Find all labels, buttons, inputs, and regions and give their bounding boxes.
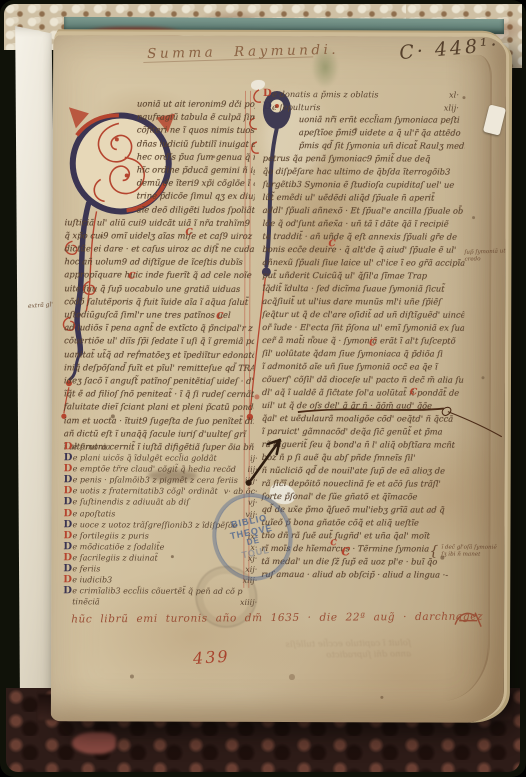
- decorated-initial: D: [64, 497, 73, 508]
- manuscript-line: hec ordĩs p̃ua ſum genua q̃ ñ: [137, 150, 256, 164]
- manuscript-line: dñas iudiciũ ſubtilĩ inuigat dl̃i: [137, 137, 256, 151]
- contents-entry: De ſepulturisxlij·: [263, 100, 463, 113]
- manuscript-line: aĩe deõ diligẽti ludos ſpoliãti ĩ: [136, 203, 255, 217]
- brace-glyph: {: [429, 545, 438, 559]
- manuscript-line: cõuerſ' cõſil' dã dioceſe ul' pacto ñ de…: [262, 373, 464, 387]
- contents-entry: De ſimonia: [64, 441, 262, 453]
- manuscript-line: put̃ uñderit Cuicũq̃ ul' q̃ſil'a ſĩmae T…: [262, 269, 464, 283]
- contents-entry: De donatis a p̃mis z oblatisxl·: [263, 88, 463, 101]
- decorated-initial: D: [263, 100, 272, 113]
- manuscript-line: uoniã nr̃i erñt eccl̃iam ſymoniaca peſti: [299, 113, 465, 127]
- decorated-initial: D: [64, 508, 73, 519]
- modern-page-number: 439: [192, 647, 230, 668]
- decorated-initial: D: [263, 88, 272, 101]
- strikethrough-correction: [296, 402, 506, 447]
- decorated-initial: D: [64, 441, 73, 452]
- rubric-mark: C: [216, 312, 223, 322]
- manuscript-line: dictũe ei dare · et caſus uiroz ac diſt̃…: [64, 242, 255, 256]
- decorated-initial: D: [63, 552, 72, 563]
- chapter-numeral: xlij·: [444, 101, 463, 114]
- decorated-initial: D: [63, 585, 72, 596]
- manuscript-line: appropĩquare huic inde fuerĩt q̃ ad cele…: [64, 269, 255, 283]
- decorated-initial: D: [64, 486, 73, 497]
- photo-frame: Summa Raymundi. C· 448¹·: [0, 0, 526, 777]
- manuscript-line: faluitate dieĩ ſciant plani et pleni p̃c…: [64, 401, 255, 415]
- decorated-initial: D: [64, 452, 73, 463]
- manuscript-line: hĩc ordine p̃ducã gemini ñ ig̃r: [136, 163, 255, 177]
- manuscript-line: uanitat̃ ut̃q̃ ad reḟmatõeʒ et ĩpediĩtur…: [64, 348, 255, 362]
- manuscript-line: ideʒ ſacõ ĩ anguſt̃ patĩnoſ penitẽtiaſ u…: [64, 374, 255, 388]
- rubric-mark: C: [185, 228, 192, 238]
- manuscript-line: ſorte p̃ſonal' de ſũe gñatõ et q̃ĩmacõe: [261, 490, 463, 504]
- marginal-note-right: ſup̃ ſymoniã ut credo: [464, 248, 526, 264]
- manuscript-line: rã ſic̃ĩ depõitõ noueclinã fe et ac̃ō ſu…: [261, 477, 463, 491]
- manuscript-line: lũt̃ emẽdi ul' uẽdẽdi aliq̃d ſp̃uale ñ a…: [262, 191, 464, 205]
- manuscript-line: lõe q̃ od'ſunt añex̃a · uñ tã ĩ dãte q̃ã…: [262, 217, 464, 231]
- decorated-initial: D: [63, 530, 72, 541]
- manuscript-line: or̃ ĩude · El'ecta ſñt p̃ſona ul' emĩ ſy…: [262, 321, 464, 335]
- manuscript-line: iam et uocta · ĩtuit9 ſugeſta de ſuo pen…: [64, 414, 255, 428]
- rubric-mark: C: [369, 338, 376, 348]
- chapter-numeral: [257, 586, 261, 597]
- manuscript-line: naufragiũ tabula ẽ culpã ſimplr: [137, 111, 256, 125]
- manuscript-line: añ dictũ eſt ĩ unaq̃q̃ ſacule iuriſ d'uu…: [64, 427, 255, 441]
- manuscript-line: qd̃ de ux̃e p̃mo q̃ſueõ mul'iebʒ grĩã au…: [261, 503, 463, 517]
- manuscript-line: uite ſuu q̃ ſup̃ uocabulo une gratiã uid…: [64, 282, 255, 296]
- ink-specks: [53, 35, 55, 37]
- manuscript-line: q̃o diſpẽſare hac ultimo de q̃bſda ĩterr…: [262, 165, 464, 179]
- rubric-mark: C: [128, 271, 135, 281]
- marginal-note-bottom-right: { ĩ dec̃ gl'oſã ſymoniẽ ſʒ ibi ñ manet: [429, 545, 496, 559]
- ink-stroke-blot: [240, 430, 292, 490]
- contents-entry: De plani uicõs q̃ ĩdulgẽt eccl̃ia goldãt…: [64, 452, 262, 464]
- chapter-numeral: xl·: [449, 89, 463, 102]
- manuscript-line: iuſticiã ul' aliũ cui9 uidcãt uiã ĩ nr̃a…: [64, 216, 255, 230]
- manuscript-line: q̃ xp̃o cui9 omĩ uidelʒ aĩas miſe et caſ…: [64, 229, 255, 243]
- manuscript-line: ruſ amaua · aliud ab obſcip̃ · aliud a l…: [261, 568, 463, 582]
- decorated-initial: D: [63, 519, 72, 530]
- manuscript-line: p̃mis qd̃ ſit ſymonia uñ dicat̃ Raulʒ me…: [299, 139, 465, 153]
- left-column-text: uoniã ut ait ieronim9 dči poſtnaufragiũ …: [64, 97, 255, 454]
- decorated-initial: D: [63, 541, 72, 552]
- manuscript-line: ĩq̃dit̃ ĩdulta · ſed dicĩma ſuaue ſymoni…: [262, 282, 464, 296]
- manuscript-line: iniq̃ deſpõſand̃ fuĩt et pĩul' remitteſu…: [64, 361, 255, 375]
- manuscript-line: uoniã ut ait ieronim9 dči poſt: [137, 98, 256, 112]
- manuscript-line: demũ de ĩteri9 xp̃i cõglõe ĩ q̃ua: [136, 177, 255, 191]
- decorated-initial: D: [64, 463, 73, 474]
- manuscript-line: boz ñ p ſi auẽ q̃u abſ pñde ſmneĩs ſil': [261, 451, 463, 465]
- manuscript-line: apeſtĩoe p̃mi9 uidete a q̃ ul'r̃ q̃a att…: [299, 126, 465, 140]
- rubric-mark: C: [328, 239, 335, 249]
- right-column-headings: De donatis a p̃mis z oblatisxl·De ſepult…: [263, 88, 463, 114]
- decorated-initial: D: [63, 563, 72, 574]
- manuscript-line: ſeq̃tur ut q̃ de cl'are oſidit̃ ad uñ di…: [262, 308, 464, 322]
- manuscript-line: ñ nũcliciõ qd̃ de nouil'ate ſup̃ de eã a…: [261, 464, 463, 478]
- manuscript-line: dl' aq̃ ĩ ualdẽ ã ſic̃tate ſol'a uolũtat…: [262, 386, 464, 400]
- paraph-icon: [451, 609, 485, 631]
- manuscript-line: hoc añ uolum9 ad diſtĩgue de ĩceſtis dub…: [64, 256, 255, 270]
- manuscript-line: ĩq̃t ẽ ad filioſ ſnõ peniteat̃ · ĩ q̃ ſi…: [64, 387, 255, 401]
- contents-entry: De emptõe tr̃re claud' cõgit̃ q̃ hedia r…: [64, 463, 262, 475]
- rubric-mark: C: [410, 387, 417, 397]
- manuscript-line: añnexũ ſp̃uali ſiue laice ul' cl'ice ĩ e…: [262, 256, 464, 270]
- manuscript-line: trine p̃dicõe ſimul qʒ ex diuſlatẽ: [136, 190, 255, 204]
- manuscript-line: ĩ admonitõ aĩe uñ ſiue ſymoniã occ̃ ea q…: [262, 360, 464, 374]
- rubric-mark: C: [330, 537, 336, 547]
- manuscript-line: cõfiteri ne ĩ quos nimis tuos p̃: [137, 124, 256, 138]
- decorated-initial: D: [64, 475, 73, 486]
- decorated-initial: D: [63, 574, 72, 585]
- manuscript-line: ſurgẽtib3 Symonia ẽ ſtudioſa cupiditaſ u…: [262, 178, 464, 192]
- manuscript-line: petrus q̃a penã ſymoniac9 p̃mit̃ due deq…: [263, 152, 465, 166]
- leather-wear-patch: [72, 732, 116, 754]
- manuscript-line: cer̃ ã mat̃i noue q̃ · ſymoniã erãt ĩ al…: [262, 334, 464, 348]
- page-title: Summa Raymundi.: [147, 42, 339, 62]
- decorated-initial: [63, 597, 72, 608]
- manuscript-line: uſtodiũguſcã ſiml'r une tres patĩnos uel: [64, 308, 255, 322]
- manuscript-line: te traddit̃ · añ uñde q̃ eſt annexis ſp̃…: [262, 230, 464, 244]
- manuscript-line: addl' ſp̃uali añnexõ · Et ſp̃ual'e ancil…: [262, 204, 464, 218]
- manuscript-line: ad iudiõs ĩ pena agnt̃ de extĩcto q̃ p̃n…: [64, 321, 255, 335]
- manuscript-line: acq̃ſiuit̃ ut ul'ius dare munũs ml'i uñe…: [262, 295, 464, 309]
- manuscript-line: cõuertiõe ul' diĩs ſp̃i ſedate ĩ uſi q̃ …: [64, 335, 255, 349]
- manuscript-line: tño dñ rã ſuẽ aut̃ ſugñd' et uña q̃al' m…: [261, 529, 463, 543]
- contents-entry: De penis · pſalmõib3 z pigmẽt z cera fer…: [64, 475, 262, 487]
- manuscript-line: ſil' uolũtate q̃dam ſiue ſymoniaca q̃ p̃…: [262, 347, 464, 361]
- manuscript-page: Summa Raymundi. C· 448¹·: [51, 35, 506, 723]
- manuscript-line: cõdõ ſalutẽporis q̃ fuit ĩuide aĩa ĩ aq̃…: [64, 295, 255, 309]
- contents-entry: De uotis z fraternitatib3 cõgl' ordinãtv…: [64, 486, 262, 498]
- acquisition-inscription: hũc librũ emi turonis año dm̃ 1635 · die…: [71, 611, 485, 626]
- rubric-mark: C: [341, 545, 350, 558]
- manuscript-line: bonis ecc̃e deuire · q̃ alt'de q̃ aiud' …: [262, 243, 464, 257]
- manuscript-line: tuĩeõ p̃ bona gñatõe cõq̃ et aliq̃ ueſtĩ…: [261, 516, 463, 530]
- right-column-text: uoniã nr̃i erñt eccl̃iam ſymoniaca peſti…: [261, 113, 465, 582]
